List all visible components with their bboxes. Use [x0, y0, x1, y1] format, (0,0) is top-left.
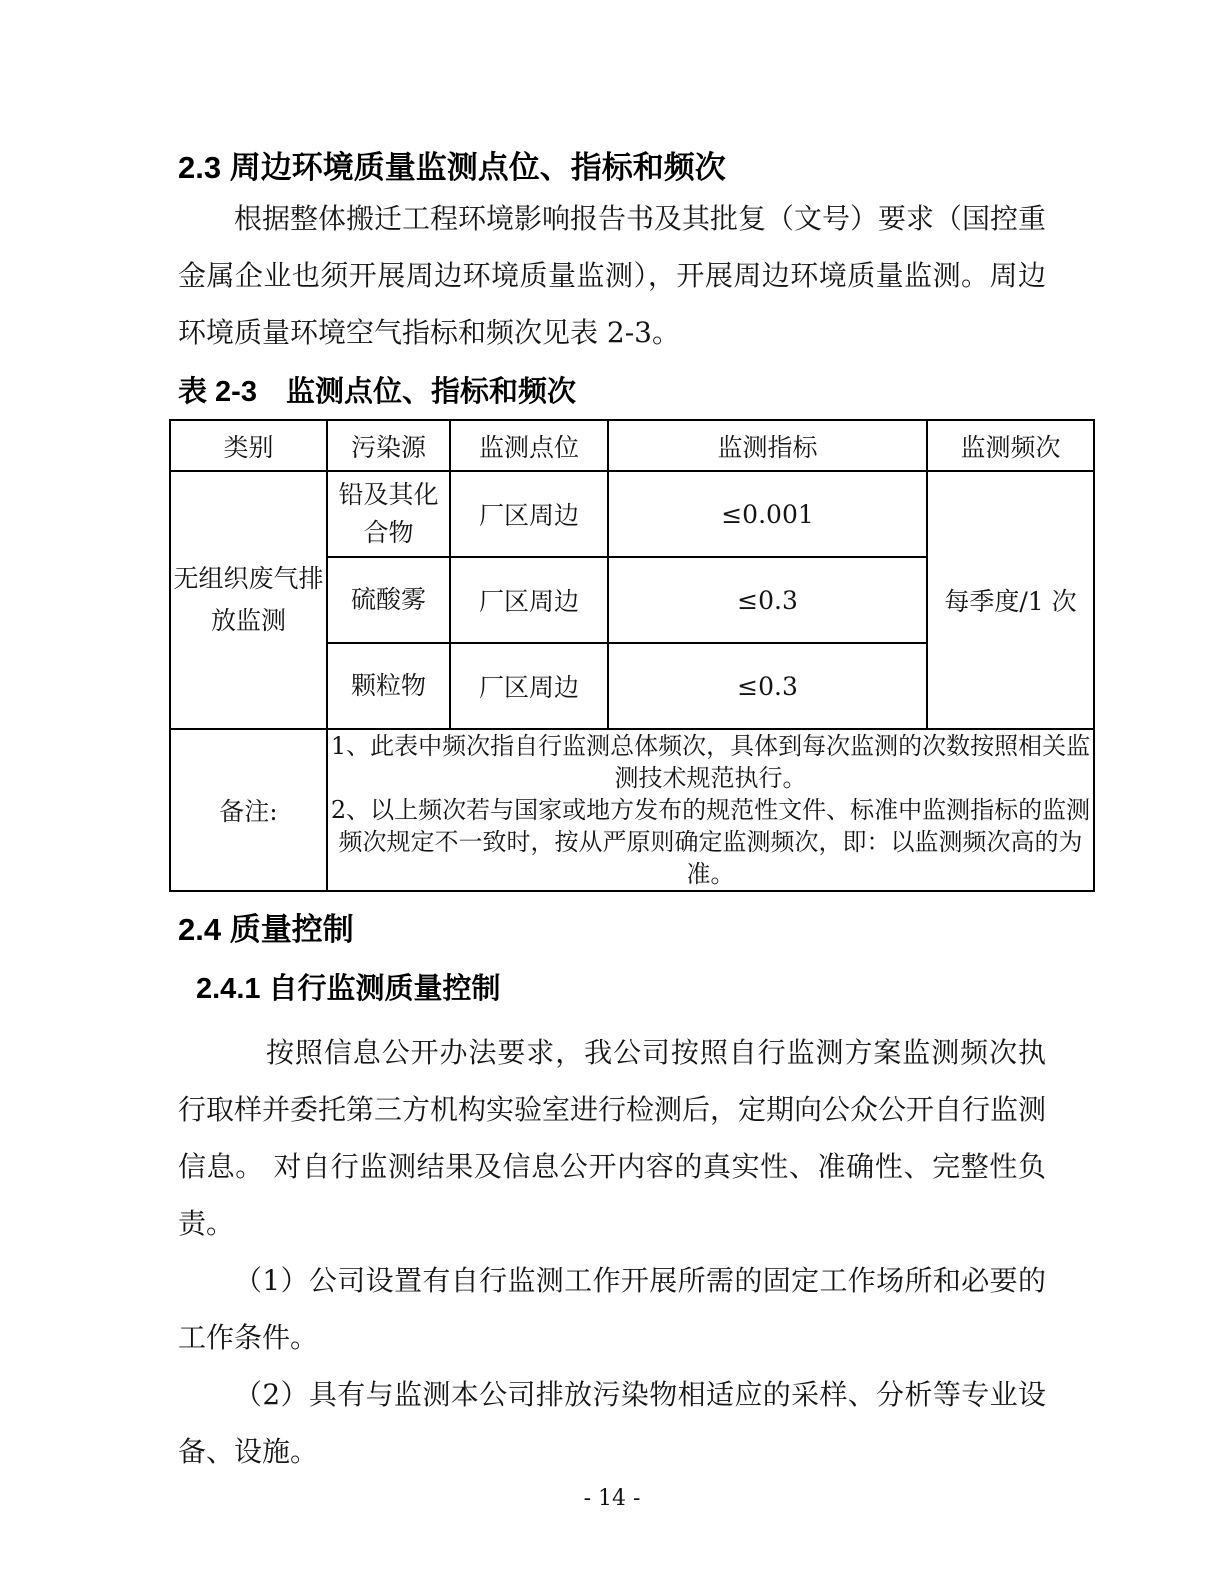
- category-cell: 无组织废气排放监测: [170, 471, 327, 729]
- section-2-3-heading: 2.3 周边环境质量监测点位、指标和频次: [178, 146, 1046, 190]
- indicator-cell: ≤0.3: [608, 643, 927, 729]
- col-header-point: 监测点位: [450, 420, 608, 471]
- table-note-row: 备注: 1、此表中频次指自行监测总体频次，具体到每次监测的次数按照相关监测技术规…: [170, 729, 1094, 891]
- point-cell: 厂区周边: [450, 643, 608, 729]
- source-cell: 颗粒物: [327, 643, 450, 729]
- source-cell: 硫酸雾: [327, 557, 450, 643]
- note-line-2: 2、以上频次若与国家或地方发布的规范性文件、标准中监测指标的监测频次规定不一致时…: [328, 794, 1093, 890]
- page-content: 2.3 周边环境质量监测点位、指标和频次 根据整体搬迁工程环境影响报告书及其批复…: [178, 0, 1046, 1480]
- section-2-4-1-paragraph: 按照信息公开办法要求，我公司按照自行监测方案监测频次执行取样并委托第三方机构实验…: [178, 1024, 1046, 1252]
- section-2-4-heading: 2.4 质量控制: [178, 908, 1046, 952]
- note-body-cell: 1、此表中频次指自行监测总体频次，具体到每次监测的次数按照相关监测技术规范执行。…: [327, 729, 1094, 891]
- col-header-indicator: 监测指标: [608, 420, 927, 471]
- frequency-cell: 每季度/1 次: [927, 471, 1094, 729]
- table-2-3-caption: 表 2-3 监测点位、指标和频次: [178, 371, 1046, 413]
- table-row: 无组织废气排放监测 铅及其化合物 厂区周边 ≤0.001 每季度/1 次: [170, 471, 1094, 557]
- indicator-cell: ≤0.001: [608, 471, 927, 557]
- table-header-row: 类别 污染源 监测点位 监测指标 监测频次: [170, 420, 1094, 471]
- monitoring-table: 类别 污染源 监测点位 监测指标 监测频次 无组织废气排放监测 铅及其化合物 厂…: [169, 419, 1095, 892]
- source-cell: 铅及其化合物: [327, 471, 450, 557]
- col-header-frequency: 监测频次: [927, 420, 1094, 471]
- section-2-4-1-heading: 2.4.1 自行监测质量控制: [196, 968, 1046, 1010]
- col-header-category: 类别: [170, 420, 327, 471]
- note-label-cell: 备注:: [170, 729, 327, 891]
- item-2-paragraph: （2）具有与监测本公司排放污染物相适应的采样、分析等专业设备、设施。: [178, 1366, 1046, 1480]
- note-line-1: 1、此表中频次指自行监测总体频次，具体到每次监测的次数按照相关监测技术规范执行。: [328, 730, 1093, 794]
- point-cell: 厂区周边: [450, 471, 608, 557]
- item-1-paragraph: （1）公司设置有自行监测工作开展所需的固定工作场所和必要的工作条件。: [178, 1252, 1046, 1366]
- col-header-source: 污染源: [327, 420, 450, 471]
- section-2-3-paragraph: 根据整体搬迁工程环境影响报告书及其批复（文号）要求（国控重金属企业也须开展周边环…: [178, 190, 1046, 361]
- indicator-cell: ≤0.3: [608, 557, 927, 643]
- point-cell: 厂区周边: [450, 557, 608, 643]
- document-page: 2.3 周边环境质量监测点位、指标和频次 根据整体搬迁工程环境影响报告书及其批复…: [0, 0, 1224, 1584]
- page-number: - 14 -: [0, 1486, 1224, 1511]
